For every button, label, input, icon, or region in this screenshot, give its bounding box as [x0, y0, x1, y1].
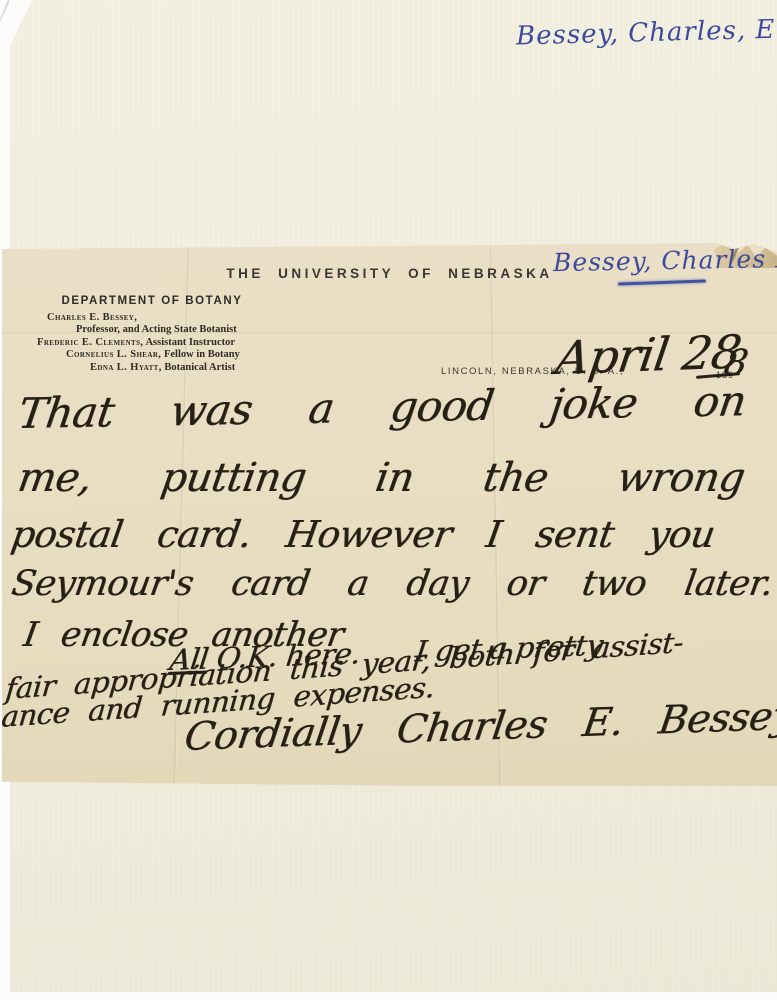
archive-note-on-letter: Bessey, Charles E	[553, 244, 777, 277]
staff-line: Edna L. Hyatt, Botanical Artist	[90, 362, 302, 374]
letterhead-department-title: DEPARTMENT OF BOTANY	[32, 295, 272, 307]
staff-line: Professor, and Acting State Botanist	[76, 324, 302, 336]
body-line-1: That was a good joke on	[15, 376, 749, 438]
staff-line: Charles E. Bessey,	[47, 312, 302, 324]
body-line-3: postal card. However I sent you	[8, 513, 718, 556]
staff-line: Cornelius L. Shear, Fellow in Botany	[66, 349, 302, 361]
backing-corner-crease	[0, 0, 10, 46]
letterhead-staff-list: Charles E. Bessey, Professor, and Acting…	[2, 312, 302, 374]
letter-page: THE UNIVERSITY OF NEBRASKA Bessey, Charl…	[2, 243, 777, 786]
body-line-4: Seymour's card a day or two later.	[9, 564, 776, 604]
staff-line: Frederic E. Clements, Assistant Instruct…	[37, 337, 302, 349]
body-line-2: me, putting in the wrong	[15, 455, 748, 501]
